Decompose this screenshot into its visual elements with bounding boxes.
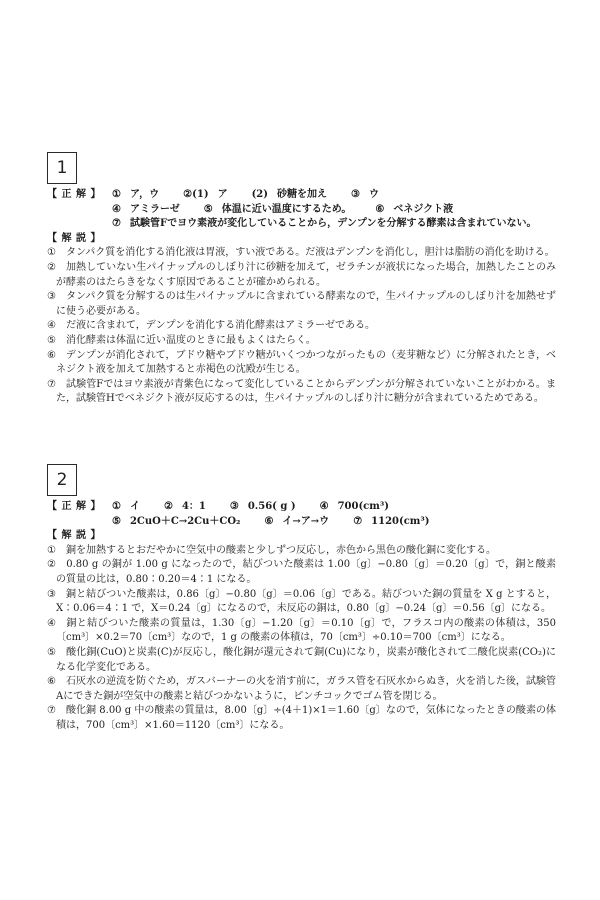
kaisetsu-item: ⑦酸化銅 8.00 g 中の酸素の質量は，8.00〔g〕÷(4＋1)×1＝1.6… bbox=[47, 704, 556, 733]
seikai-label: 【 正 解 】 bbox=[47, 188, 112, 232]
section-2: 2 【 正 解 】 ①イ ②4：1 ③0.56( g ) ④700(cm³) ⑤… bbox=[47, 464, 556, 734]
kaisetsu-item: ①銅を加熱するとおだやかに空気中の酸素と少しずつ反応し，赤色から黒色の酸化銅に変… bbox=[47, 544, 556, 559]
answer-row: ①イ ②4：1 ③0.56( g ) ④700(cm³) bbox=[112, 500, 556, 515]
answer-row: ①ア，ウ ②(1)ア (2)砂糖を加え ③ウ bbox=[112, 188, 556, 203]
answer-item: ⑥ベネジクト液 bbox=[375, 203, 453, 218]
answer-item: ⑤体温に近い温度にするため。 bbox=[204, 203, 352, 218]
answer-item: ③0.56( g ) bbox=[230, 500, 296, 515]
kaisetsu-item: ⑥石灰水の逆流を防ぐため，ガスバーナーの火を消す前に，ガラス管を石灰水からぬき，… bbox=[47, 675, 556, 704]
kaisetsu-item: ④銅と結びついた酸素の質量は，1.30〔g〕−1.20〔g〕＝0.10〔g〕で，… bbox=[47, 617, 556, 646]
answer-item: ①ア，ウ bbox=[112, 188, 159, 203]
kaisetsu-item: ⑤酸化銅(CuO)と炭素(C)が反応し，酸化銅が還元されて銅(Cu)になり，炭素… bbox=[47, 646, 556, 675]
answer-item: ②(1)ア bbox=[183, 188, 227, 203]
kaisetsu-item: ④だ液に含まれて，デンプンを消化する消化酵素はアミラーゼである。 bbox=[47, 319, 556, 334]
answer-item: ⑦1120(cm³) bbox=[353, 515, 429, 530]
answer-sheet-page: 1 【 正 解 】 ①ア，ウ ②(1)ア (2)砂糖を加え ③ウ ④アミラーゼ … bbox=[0, 0, 600, 900]
section-2-number-box: 2 bbox=[47, 464, 77, 496]
seikai-label: 【 正 解 】 bbox=[47, 500, 112, 529]
section-2-answers: ①イ ②4：1 ③0.56( g ) ④700(cm³) ⑤2CuO＋C→2Cu… bbox=[112, 500, 556, 529]
section-1-number: 1 bbox=[57, 161, 68, 176]
kaisetsu-item: ⑤消化酵素は体温に近い温度のときに最もよくはたらく。 bbox=[47, 334, 556, 349]
answer-row: ⑤2CuO＋C→2Cu＋CO₂ ⑥イ→ア→ウ ⑦1120(cm³) bbox=[112, 515, 556, 530]
answer-item: ⑤2CuO＋C→2Cu＋CO₂ bbox=[112, 515, 240, 530]
kaisetsu-item: ②0.80 g の銅が 1.00 g になったので，結びついた酸素は 1.00〔… bbox=[47, 558, 556, 587]
kaisetsu-item: ①タンパク質を消化する消化液は胃液，すい液である。だ液はデンプンを消化し，胆汁は… bbox=[47, 246, 556, 261]
section-2-kaisetsu: ①銅を加熱するとおだやかに空気中の酸素と少しずつ反応し，赤色から黒色の酸化銅に変… bbox=[47, 544, 556, 734]
kaisetsu-item: ⑦試験管Fではヨウ素液が青紫色になって変化していることからデンプンが分解されてい… bbox=[47, 378, 556, 407]
section-1-kaisetsu: ①タンパク質を消化する消化液は胃液，すい液である。だ液はデンプンを消化し，胆汁は… bbox=[47, 246, 556, 407]
kaisetsu-item: ②加熱していない生パイナップルのしぼり汁に砂糖を加えて，ゼラチンが液状になった場… bbox=[47, 261, 556, 290]
answer-item: ⑥イ→ア→ウ bbox=[264, 515, 329, 530]
section-1: 1 【 正 解 】 ①ア，ウ ②(1)ア (2)砂糖を加え ③ウ ④アミラーゼ … bbox=[47, 152, 556, 407]
answer-item: ④700(cm³) bbox=[320, 500, 389, 515]
kaisetsu-item: ③銅と結びついた酸素は，0.86〔g〕−0.80〔g〕＝0.06〔g〕である。結… bbox=[47, 588, 556, 617]
answer-item: (2)砂糖を加え bbox=[252, 188, 327, 203]
section-1-answers-block: 【 正 解 】 ①ア，ウ ②(1)ア (2)砂糖を加え ③ウ ④アミラーゼ ⑤体… bbox=[47, 188, 556, 232]
answer-item: ①イ bbox=[112, 500, 140, 515]
section-2-number: 2 bbox=[57, 473, 68, 488]
answer-row: ④アミラーゼ ⑤体温に近い温度にするため。 ⑥ベネジクト液 bbox=[112, 203, 556, 218]
kaisetsu-item: ③タンパク質を分解するのは生パイナップルに含まれている酵素なので，生パイナップル… bbox=[47, 290, 556, 319]
answer-item: ②4：1 bbox=[164, 500, 206, 515]
kaisetsu-label: 【 解 説 】 bbox=[47, 529, 556, 544]
kaisetsu-label: 【 解 説 】 bbox=[47, 232, 556, 247]
answer-item: ⑦試験管Fでヨウ素液が変化していることから，デンプンを分解する酵素は含まれていな… bbox=[112, 217, 556, 232]
section-1-number-box: 1 bbox=[47, 152, 77, 184]
section-1-answers: ①ア，ウ ②(1)ア (2)砂糖を加え ③ウ ④アミラーゼ ⑤体温に近い温度にす… bbox=[112, 188, 556, 232]
answer-item: ③ウ bbox=[351, 188, 379, 203]
answer-item: ④アミラーゼ bbox=[112, 203, 180, 218]
kaisetsu-item: ⑥デンプンが消化されて，ブドウ糖やブドウ糖がいくつかつながったもの（麦芽糖など）… bbox=[47, 349, 556, 378]
section-2-answers-block: 【 正 解 】 ①イ ②4：1 ③0.56( g ) ④700(cm³) ⑤2C… bbox=[47, 500, 556, 529]
